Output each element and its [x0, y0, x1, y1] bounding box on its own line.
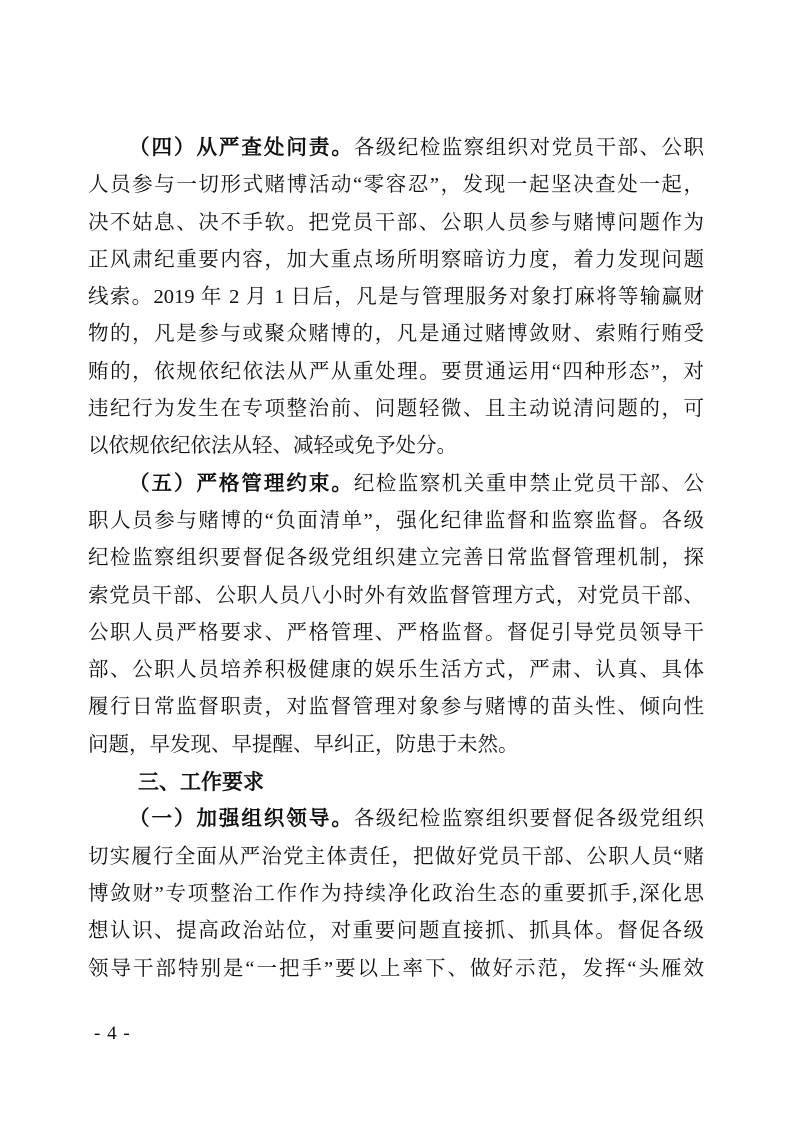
text-line: （五）严格管理约束。纪检监察机关重申禁止党员干部、公 [88, 466, 704, 503]
paragraph: （一）加强组织领导。各级纪检监察组织要督促各级党组织切实履行全面从严治党主体责任… [88, 801, 704, 987]
text-line: 问题，早发现、早提醒、早纠正，防患于未然。 [88, 727, 704, 764]
text-line: （一）加强组织领导。各级纪检监察组织要督促各级党组织 [88, 801, 704, 838]
document-page: （四）从严查处问责。各级纪检监察组织对党员干部、公职人员参与一切形式赌博活动“零… [0, 0, 793, 1122]
paragraph-lead: （五）严格管理约束。 [129, 473, 354, 495]
paragraph-lead: （四）从严查处问责。 [129, 137, 354, 159]
paragraph-lead: （一）加强组织领导。 [129, 808, 354, 830]
text-line: （四）从严查处问责。各级纪检监察组织对党员干部、公职 [88, 130, 704, 167]
text-line: 违纪行为发生在专项整治前、问题轻微、且主动说清问题的，可 [88, 391, 704, 428]
section-heading: 三、工作要求 [88, 764, 704, 801]
text-line: 切实履行全面从严治党主体责任，把做好党员干部、公职人员“赌 [88, 839, 704, 876]
text-line: 想认识、提高政治站位，对重要问题直接抓、抓具体。督促各级 [88, 913, 704, 950]
text-line: 履行日常监督职责，对监督管理对象参与赌博的苗头性、倾向性 [88, 689, 704, 726]
text-line: 贿的，依规依纪依法从严从重处理。要贯通运用“四种形态”，对 [88, 354, 704, 391]
paragraph: （五）严格管理约束。纪检监察机关重申禁止党员干部、公职人员参与赌博的“负面清单”… [88, 466, 704, 764]
text-line: 决不姑息、决不手软。把党员干部、公职人员参与赌博问题作为 [88, 205, 704, 242]
text-line: 正风肃纪重要内容，加大重点场所明察暗访力度，着力发现问题 [88, 242, 704, 279]
text-line: 人员参与一切形式赌博活动“零容忍”，发现一起坚决查处一起， [88, 167, 704, 204]
text-line: 纪检监察组织要督促各级党组织建立完善日常监督管理机制，探 [88, 540, 704, 577]
text-line: 博敛财”专项整治工作作为持续净化政治生态的重要抓手,深化思 [88, 876, 704, 913]
paragraph-first-line-text: 纪检监察机关重申禁止党员干部、公 [354, 473, 704, 495]
text-line: 职人员参与赌博的“负面清单”，强化纪律监督和监察监督。各级 [88, 503, 704, 540]
text-line: 领导干部特别是“一把手”要以上率下、做好示范，发挥“头雁效 [88, 951, 704, 988]
text-line: 线索。2019 年 2 月 1 日后，凡是与管理服务对象打麻将等输赢财 [88, 279, 704, 316]
text-line: 物的，凡是参与或聚众赌博的，凡是通过赌博敛财、索贿行贿受 [88, 316, 704, 353]
paragraph-first-line-text: 各级纪检监察组织对党员干部、公职 [354, 137, 704, 159]
text-line: 公职人员严格要求、严格管理、严格监督。督促引导党员领导干 [88, 615, 704, 652]
text-line: 以依规依纪依法从轻、减轻或免予处分。 [88, 428, 704, 465]
document-body: （四）从严查处问责。各级纪检监察组织对党员干部、公职人员参与一切形式赌博活动“零… [88, 130, 704, 988]
text-line: 部、公职人员培养积极健康的娱乐生活方式，严肃、认真、具体 [88, 652, 704, 689]
paragraph-first-line-text: 各级纪检监察组织要督促各级党组织 [354, 808, 704, 830]
page-number: - 4 - [94, 1022, 131, 1046]
paragraph: （四）从严查处问责。各级纪检监察组织对党员干部、公职人员参与一切形式赌博活动“零… [88, 130, 704, 466]
text-line: 索党员干部、公职人员八小时外有效监督管理方式，对党员干部、 [88, 578, 704, 615]
